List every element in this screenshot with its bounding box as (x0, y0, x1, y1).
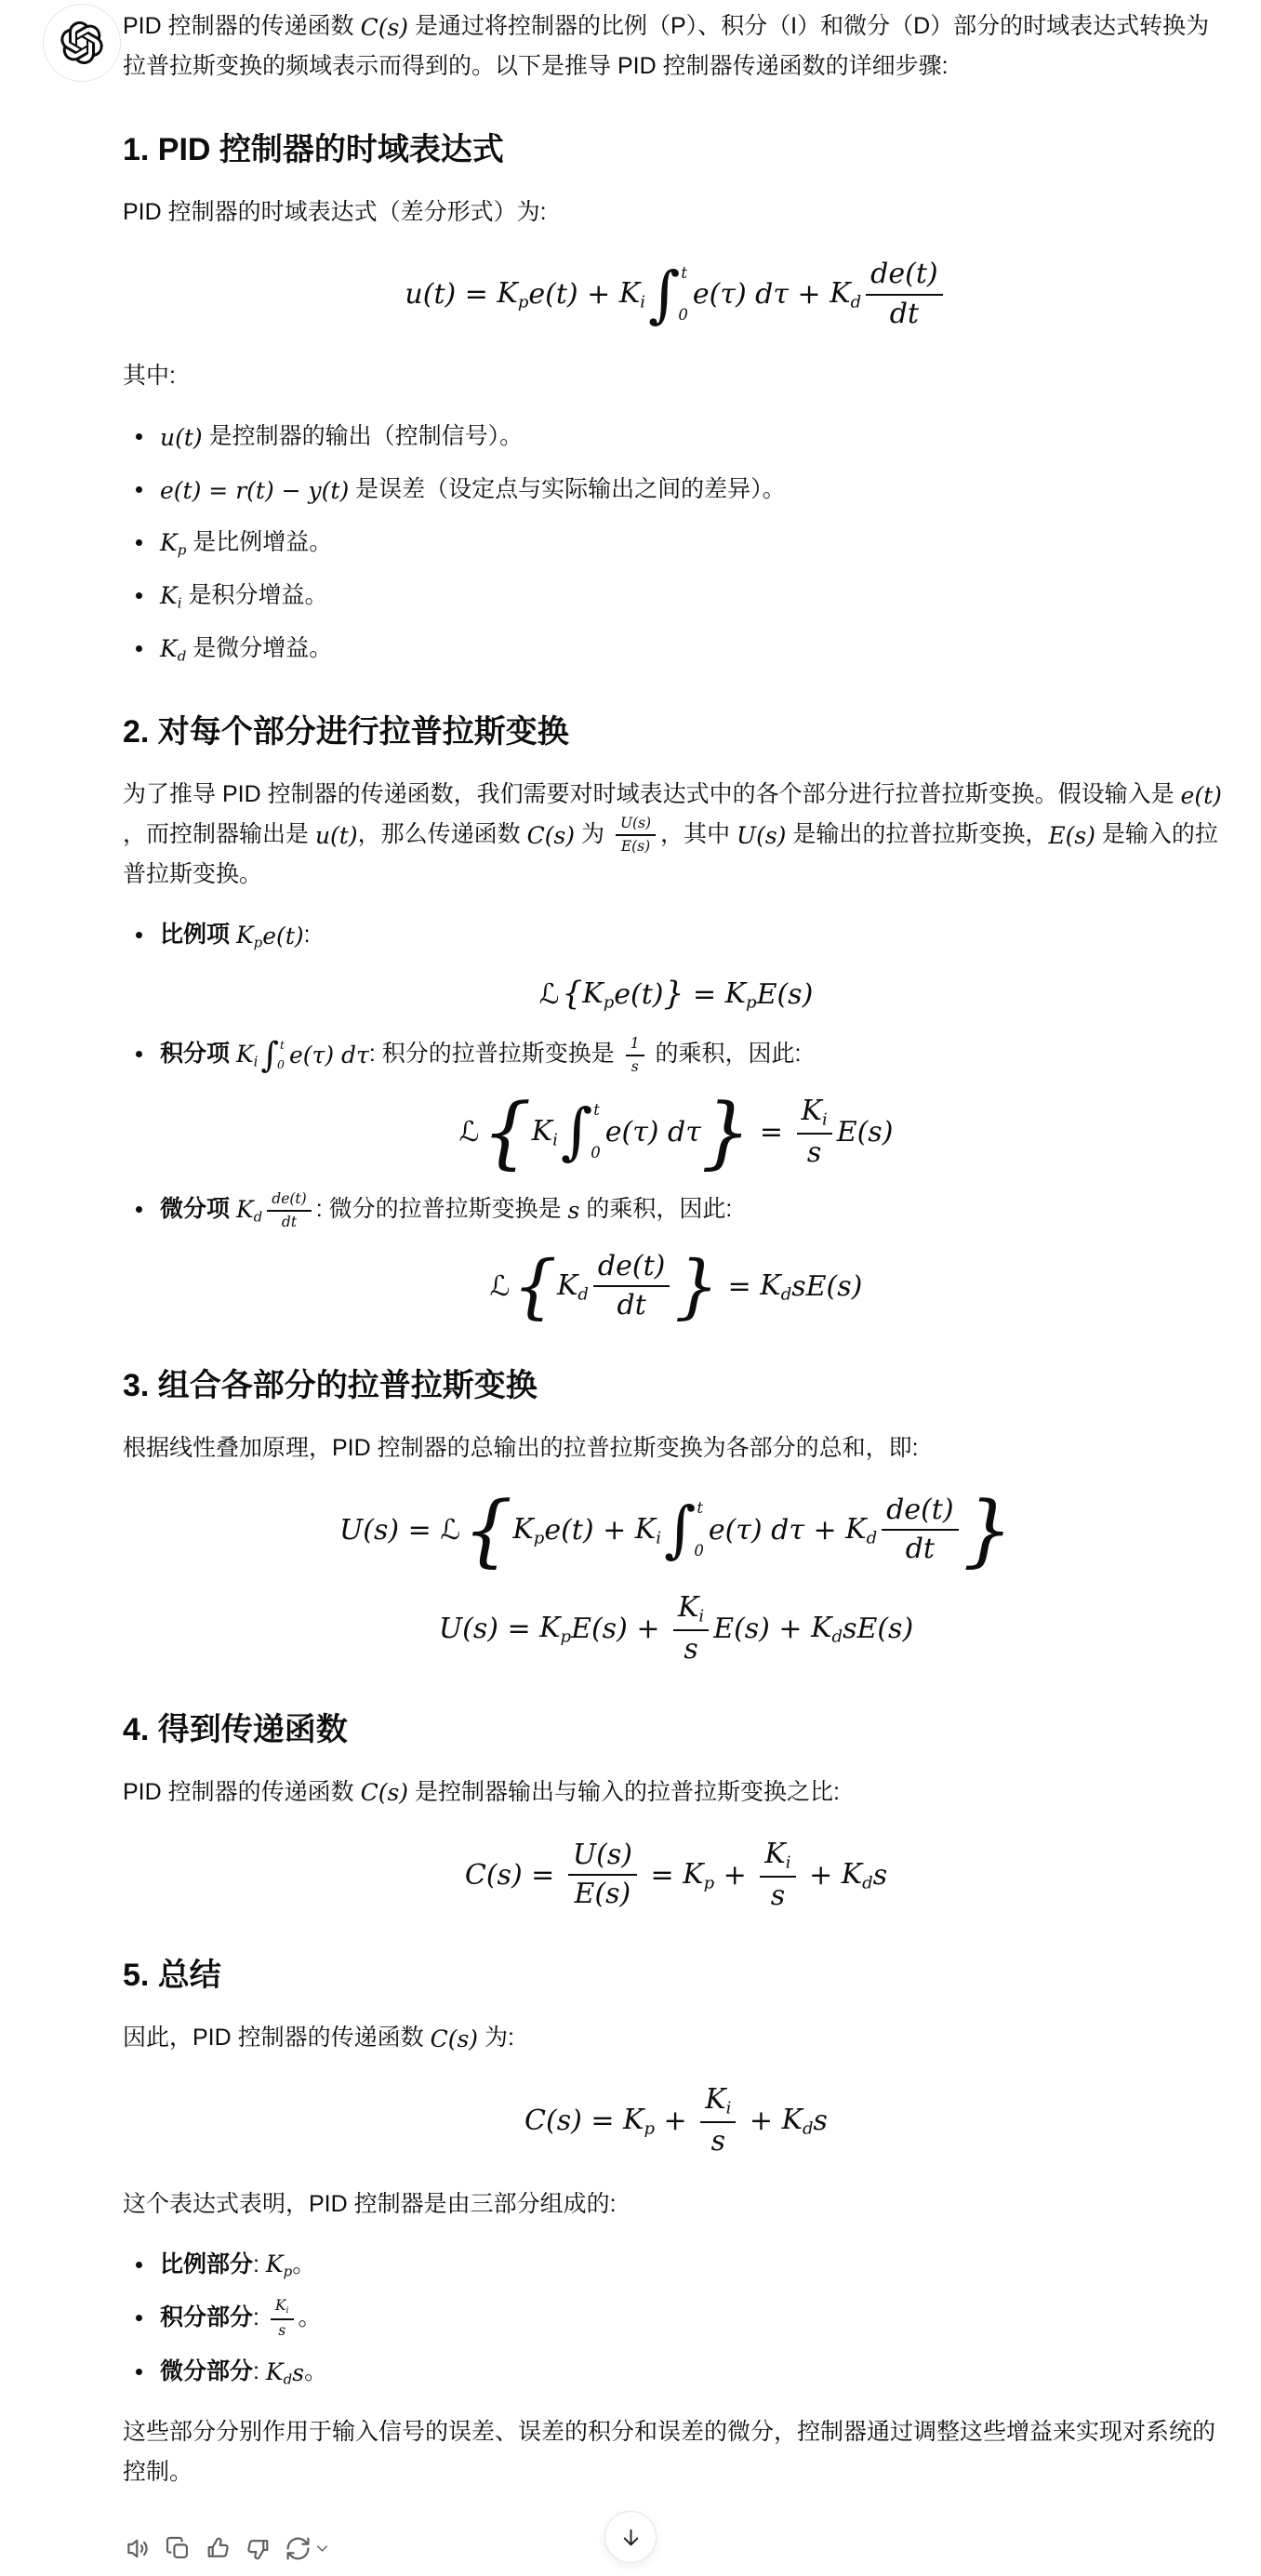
math-text: e(τ) dτ + (693, 276, 830, 312)
math-text: e(t) (614, 976, 663, 1013)
section-heading: 1. PID 控制器的时域表达式 (123, 129, 1229, 170)
formula: C(s) = Kp + Kis + Kds (123, 2084, 1229, 2158)
integral: ∫t0 (260, 1038, 286, 1073)
text: : (253, 2251, 266, 2277)
fraction-denominator: E(s) (575, 1876, 631, 1911)
math-subscripted: Kp (582, 976, 614, 1014)
bold-text: 比例部分 (160, 2251, 253, 2277)
inline-math: U(s) (737, 821, 786, 850)
fraction-denominator: s (631, 1056, 639, 1075)
math-subscripted: Ki (802, 1095, 828, 1130)
math-fraction: Kis (700, 2084, 736, 2158)
inline-math: C(s) (431, 2025, 478, 2053)
fraction-denominator: E(s) (621, 836, 650, 855)
math-text: s (873, 1857, 887, 1893)
paragraph: 这些部分分别作用于输入信号的误差、误差的积分和误差的微分，控制器通过调整这些增益… (123, 2412, 1229, 2492)
text: PID 控制器的传递函数 (123, 1779, 361, 1805)
text: 。 (292, 2251, 315, 2277)
copy-button[interactable] (163, 2533, 192, 2563)
math-subscripted: Ki (764, 1839, 790, 1873)
math-fraction: de(t)dt (882, 1494, 958, 1566)
math-text: s (292, 2358, 304, 2387)
assistant-message: PID 控制器的传递函数 C(s) 是通过将控制器的比例（P）、积分（I）和微分… (0, 0, 1261, 2563)
text: 是控制器的输出（控制信号）。 (203, 423, 523, 449)
math-subscripted: Ki (619, 275, 645, 313)
section-heading: 2. 对每个部分进行拉普拉斯变换 (123, 711, 1229, 752)
bullet-list: u(t) 是控制器的输出（控制信号）。e(t) = r(t) − y(t) 是误… (123, 417, 1229, 669)
text: 根据线性叠加原理，PID 控制器的总输出的拉普拉斯变换为各部分的总和，即: (123, 1435, 919, 1461)
math-text: E(s) (621, 839, 650, 855)
fraction-numerator: de(t) (267, 1191, 311, 1212)
math-fraction: de(t)dt (866, 259, 942, 330)
math-text: de(t) (598, 1251, 665, 1283)
math-text: s (631, 1059, 639, 1075)
math-text: = (750, 1114, 791, 1150)
bold-text: 微分部分 (160, 2358, 253, 2384)
integral-glyph: ∫ (664, 1499, 696, 1560)
openai-logo-icon (60, 21, 103, 64)
math-subscripted: Kp (725, 976, 757, 1014)
thumbs-up-button[interactable] (203, 2533, 232, 2563)
integral: ∫t0 (648, 264, 690, 325)
math-text: dt (617, 1290, 646, 1322)
paragraph: 因此，PID 控制器的传递函数 C(s) 为: (123, 2018, 1229, 2058)
math-text: s (278, 2323, 285, 2339)
text: 为了推导 PID 控制器的传递函数，我们需要对时域表达式中的各个部分进行拉普拉斯… (123, 781, 1181, 807)
read-aloud-button[interactable] (123, 2533, 153, 2563)
inline-math: Ki∫t0e(τ) dτ (236, 1038, 369, 1073)
inline-math: C(s) (361, 1778, 408, 1807)
text: ，那么传递函数 (358, 821, 527, 847)
thumbs-down-icon (245, 2535, 272, 2562)
math-text: sE(s) (843, 1611, 913, 1647)
text: 为: (478, 2025, 514, 2051)
text: 为 (575, 821, 611, 847)
list-item: 积分项 Ki∫t0e(τ) dτ: 积分的拉普拉斯变换是 1s 的乘积，因此:ℒ… (160, 1034, 1229, 1169)
math-text: C(s) (527, 821, 575, 850)
math-brace: { (512, 1255, 557, 1319)
math-text: e(t) (262, 922, 303, 950)
paragraph: 根据线性叠加原理，PID 控制器的总输出的拉普拉斯变换为各部分的总和，即: (123, 1428, 1229, 1468)
math-subscripted: Ki (705, 2084, 731, 2118)
math-text: s (771, 1880, 785, 1913)
laplace-operator: ℒ (440, 1512, 460, 1548)
paragraph: 其中: (123, 356, 1229, 396)
text: ，而控制器输出是 (123, 821, 315, 847)
text: : 微分的拉普拉斯变换是 (316, 1196, 568, 1222)
math-subscripted: Kd (236, 1195, 262, 1226)
math-text: = (642, 1857, 683, 1893)
inline-math: 1s (621, 1036, 649, 1075)
math-text: de(t) (870, 259, 937, 291)
math-fraction: Kis (673, 1592, 709, 1666)
math-text: C(s) (361, 1778, 408, 1807)
fraction-numerator: de(t) (882, 1494, 958, 1532)
math-fraction: de(t)dt (593, 1251, 670, 1322)
paragraph: 为了推导 PID 控制器的传递函数，我们需要对时域表达式中的各个部分进行拉普拉斯… (123, 775, 1229, 895)
inline-math: Kd (160, 634, 186, 665)
math-fraction: U(s)E(s) (568, 1839, 637, 1911)
math-text: = (684, 976, 724, 1013)
text: 。 (304, 2358, 327, 2384)
integral-upper-bound: t (681, 266, 691, 282)
list-item: e(t) = r(t) − y(t) 是误差（设定点与实际输出之间的差异）。 (160, 470, 1229, 510)
formula: u(t) = Kpe(t) + Ki∫t0e(τ) dτ + Kdde(t)dt (123, 259, 1229, 330)
math-text: e(τ) dτ (289, 1041, 369, 1069)
math-text: C(s) (361, 13, 408, 42)
math-text: dt (890, 299, 919, 331)
math-subscripted: Kd (845, 1511, 877, 1549)
fraction-numerator: Ki (673, 1592, 709, 1631)
math-text: E(s) (575, 1879, 631, 1911)
integral-lower-bound: 0 (591, 1146, 601, 1162)
section-heading: 5. 总结 (123, 1955, 1229, 1996)
fraction-denominator: dt (906, 1531, 935, 1566)
laplace-operator: ℒ (539, 976, 560, 1013)
math-text: dt (282, 1215, 297, 1230)
math-text: u(t) (315, 821, 358, 850)
fraction-numerator: 1 (626, 1036, 644, 1056)
math-subscripted: Kp (512, 1511, 544, 1549)
text: 是控制器输出与输入的拉普拉斯变换之比: (408, 1779, 840, 1805)
math-text: de(t) (886, 1494, 953, 1527)
math-fraction: Kis (271, 2298, 294, 2339)
inline-math: C(s) (527, 821, 575, 850)
math-brace: { (463, 1494, 512, 1566)
math-text: s (711, 2126, 725, 2158)
math-subscripted: Kd (160, 634, 186, 665)
math-brace: } (963, 1494, 1013, 1566)
math-text: U(s) (620, 816, 651, 831)
inline-math: e(t) = r(t) − y(t) (160, 476, 349, 505)
fraction-numerator: Ki (271, 2298, 294, 2320)
math-text: + (655, 2103, 696, 2139)
math-brace: } (674, 1255, 719, 1319)
fraction-numerator: Ki (797, 1095, 832, 1135)
list-item: 比例项 Kpe(t):ℒ{Kpe(t)} = KpE(s) (160, 915, 1229, 1014)
arrow-down-icon (619, 2526, 643, 2549)
integral-lower-bound: 0 (694, 1544, 704, 1560)
regenerate-button[interactable] (283, 2533, 312, 2563)
inline-math: E(s) (1048, 821, 1095, 850)
math-text: C(s) = (524, 2103, 623, 2139)
inline-math: u(t) (315, 821, 358, 850)
fraction-numerator: U(s) (616, 816, 656, 836)
math-text: E(s) + (571, 1611, 669, 1647)
paragraph: 这个表达式表明，PID 控制器是由三部分组成的: (123, 2184, 1229, 2224)
text (230, 922, 236, 948)
math-subscripted: Kd (266, 2357, 292, 2388)
text: 是比例增益。 (186, 529, 332, 555)
bold-text: 比例项 (160, 922, 230, 948)
section-heading: 3. 组合各部分的拉普拉斯变换 (123, 1365, 1229, 1406)
integral-upper-bound: t (697, 1501, 707, 1517)
section-heading: 4. 得到传递函数 (123, 1709, 1229, 1750)
list-item: 比例部分: Kp。 (160, 2245, 1229, 2285)
inline-math: U(s)E(s) (611, 816, 660, 855)
math-fraction: 1s (626, 1036, 644, 1075)
math-text: u(t) (160, 423, 203, 452)
text (230, 1041, 236, 1067)
math-text: e(t) (1181, 781, 1222, 810)
message-action-bar (123, 2533, 1229, 2563)
math-subscripted: Ki (678, 1592, 704, 1627)
math-subscripted: Ki (635, 1511, 661, 1549)
text: 是输出的拉普拉斯变换， (786, 821, 1048, 847)
math-text: s (814, 2103, 828, 2139)
math-text: + (740, 2103, 781, 2139)
inline-math: Kp (266, 2250, 292, 2280)
math-text: U(s) = (439, 1611, 539, 1647)
assistant-avatar (43, 4, 121, 82)
fraction-numerator: Ki (700, 2084, 736, 2123)
regenerate-group (283, 2533, 332, 2563)
copy-icon (165, 2535, 192, 2562)
bullet-list: 比例部分: Kp。积分部分: Kis。微分部分: Kds。 (123, 2245, 1229, 2392)
math-brace: } (701, 1096, 750, 1168)
thumbs-down-button[interactable] (243, 2533, 272, 2563)
scroll-to-bottom-button[interactable] (604, 2511, 657, 2563)
inline-math: Kpe(t) (236, 921, 304, 951)
inline-math: e(t) (1181, 781, 1222, 810)
bold-text: 积分项 (160, 1041, 230, 1067)
math-subscripted: Ki (236, 1040, 259, 1070)
integral-upper-bound: t (280, 1040, 287, 1052)
math-fraction: Kis (760, 1839, 795, 1913)
math-subscripted: Kp (266, 2250, 292, 2280)
text: 是微分增益。 (186, 635, 332, 661)
integral: ∫t0 (664, 1499, 706, 1560)
math-text: s (684, 1634, 697, 1666)
math-text: + (714, 1857, 755, 1893)
math-subscripted: Kd (842, 1856, 873, 1894)
paragraph: PID 控制器的传递函数 C(s) 是通过将控制器的比例（P）、积分（I）和微分… (123, 7, 1229, 86)
formula: ℒ{Kpe(t)} = KpE(s) (123, 976, 1229, 1014)
math-brace: } (663, 980, 684, 1010)
math-text: e(t) + (528, 276, 618, 312)
inline-math: Kis (266, 2298, 299, 2339)
fraction-numerator: U(s) (568, 1839, 637, 1877)
fraction-numerator: de(t) (866, 259, 942, 296)
fraction-numerator: Ki (760, 1839, 795, 1878)
fraction-denominator: s (684, 1631, 697, 1666)
math-text: C(s) (431, 2025, 478, 2053)
math-subscripted: Kp (497, 275, 528, 313)
fraction-denominator: s (711, 2123, 725, 2158)
math-brace: { (482, 1096, 531, 1168)
fraction-denominator: dt (282, 1212, 297, 1230)
text: 因此，PID 控制器的传递函数 (123, 2025, 431, 2051)
text: PID 控制器的时域表达式（差分形式）为: (123, 199, 547, 225)
text (230, 1196, 236, 1222)
math-text: E(s) (837, 1114, 894, 1150)
paragraph: PID 控制器的时域表达式（差分形式）为: (123, 193, 1229, 232)
math-text: u(t) = (405, 276, 497, 312)
message-content: PID 控制器的传递函数 C(s) 是通过将控制器的比例（P）、积分（I）和微分… (123, 4, 1229, 2563)
formula: U(s) = KpE(s) + KisE(s) + KdsE(s) (123, 1592, 1229, 1666)
integral-glyph: ∫ (561, 1101, 592, 1162)
text: : (304, 922, 311, 948)
inline-math: Kp (160, 528, 186, 559)
math-text: C(s) = (465, 1857, 564, 1893)
math-subscripted: Kd (811, 1610, 843, 1648)
math-text: E(s) (1048, 821, 1095, 850)
paragraph: PID 控制器的传递函数 C(s) 是控制器输出与输入的拉普拉斯变换之比: (123, 1773, 1229, 1812)
math-subscripted: Kd (782, 2102, 814, 2140)
inline-math: Kds (266, 2357, 304, 2388)
formula: ℒ{Ki∫t0e(τ) dτ} = KisE(s) (123, 1095, 1229, 1170)
thumbs-up-icon (205, 2535, 232, 2562)
list-item: 积分部分: Kis。 (160, 2298, 1229, 2339)
text: 。 (299, 2304, 322, 2330)
integral-lower-bound: 0 (277, 1059, 285, 1071)
math-text: e(t) = r(t) − y(t) (160, 476, 349, 505)
text: 的乘积，因此: (649, 1041, 802, 1067)
laplace-operator: ℒ (490, 1268, 511, 1305)
text: 其中: (123, 363, 176, 389)
bold-text: 微分项 (160, 1196, 230, 1222)
inline-math: s (568, 1196, 580, 1225)
fraction-numerator: de(t) (593, 1251, 670, 1288)
text: 是积分增益。 (182, 582, 328, 608)
formula: ℒ{Kdde(t)dt} = KdsE(s) (123, 1251, 1229, 1322)
integral: ∫t0 (561, 1101, 603, 1162)
math-subscripted: Kp (539, 1610, 571, 1648)
list-item: Kp 是比例增益。 (160, 523, 1229, 563)
bold-text: 积分部分 (160, 2304, 253, 2330)
math-text: s (568, 1196, 580, 1225)
fraction-denominator: dt (890, 296, 919, 331)
text: : (253, 2304, 266, 2330)
math-text: e(τ) dτ + (709, 1512, 845, 1548)
math-text: U(s) = (339, 1512, 440, 1548)
math-text: de(t) (272, 1191, 306, 1207)
list-item: Ki 是积分增益。 (160, 576, 1229, 616)
math-subscripted: Ki (160, 581, 182, 612)
math-text: dt (906, 1534, 935, 1566)
math-fraction: Kis (797, 1095, 832, 1170)
text: 是误差（设定点与实际输出之间的差异）。 (349, 476, 785, 502)
integral-upper-bound: t (593, 1103, 604, 1119)
math-subscripted: Kd (830, 275, 861, 313)
fraction-denominator: s (807, 1135, 821, 1170)
text: 这个表达式表明，PID 控制器是由三部分组成的: (123, 2191, 617, 2217)
text: : 积分的拉普拉斯变换是 (369, 1041, 621, 1067)
math-subscripted: Ki (275, 2298, 289, 2316)
formula: U(s) = ℒ{Kpe(t) + Ki∫t0e(τ) dτ + Kdde(t)… (123, 1494, 1229, 1566)
regenerate-icon (285, 2535, 312, 2562)
math-text: = (719, 1268, 760, 1305)
inline-math: Ki (160, 581, 182, 612)
math-fraction: de(t)dt (267, 1191, 311, 1230)
math-text: + (801, 1857, 842, 1893)
math-subscripted: Kp (683, 1856, 714, 1894)
math-text: U(s) (737, 821, 786, 850)
math-text: s (807, 1137, 821, 1170)
text: ，其中 (660, 821, 737, 847)
bullet-list: 比例项 Kpe(t):ℒ{Kpe(t)} = KpE(s)积分项 Ki∫t0e(… (123, 915, 1229, 1321)
list-item: 微分项 Kdde(t)dt: 微分的拉普拉斯变换是 s 的乘积，因此:ℒ{Kdd… (160, 1189, 1229, 1321)
list-item: Kd 是微分增益。 (160, 629, 1229, 669)
math-text: 1 (630, 1036, 640, 1052)
message-blocks: PID 控制器的传递函数 C(s) 是通过将控制器的比例（P）、积分（I）和微分… (123, 7, 1229, 2492)
list-item: u(t) 是控制器的输出（控制信号）。 (160, 417, 1229, 457)
math-subscripted: Ki (532, 1113, 558, 1151)
read-aloud-icon (125, 2535, 152, 2562)
fraction-denominator: s (771, 1878, 785, 1913)
text: PID 控制器的传递函数 (123, 13, 361, 39)
fraction-denominator: dt (617, 1287, 646, 1322)
math-fraction: U(s)E(s) (616, 816, 656, 855)
math-text: E(s) + (713, 1611, 811, 1647)
integral-lower-bound: 0 (678, 308, 688, 324)
fraction-denominator: s (278, 2320, 285, 2339)
integral-glyph: ∫ (648, 264, 680, 325)
math-text: e(t) + (544, 1512, 634, 1548)
math-subscripted: Kd (760, 1268, 791, 1306)
inline-math: u(t) (160, 423, 203, 452)
text: : (253, 2358, 266, 2384)
math-subscripted: Kp (160, 528, 186, 559)
math-subscripted: Kp (236, 921, 262, 951)
text: 的乘积，因此: (579, 1196, 732, 1222)
math-text: U(s) (573, 1839, 632, 1872)
regenerate-menu-toggle[interactable] (313, 2539, 332, 2557)
math-text: sE(s) (791, 1268, 862, 1305)
math-text: E(s) (757, 976, 814, 1013)
math-subscripted: Kd (557, 1268, 589, 1306)
chevron-down-icon (313, 2540, 331, 2557)
math-text: e(τ) dτ (605, 1114, 701, 1150)
math-brace: { (562, 980, 582, 1010)
text: 这些部分分别作用于输入信号的误差、误差的积分和误差的微分，控制器通过调整这些增益… (123, 2419, 1215, 2485)
inline-math: Kdde(t)dt (236, 1191, 316, 1230)
list-item: 微分部分: Kds。 (160, 2352, 1229, 2392)
math-subscripted: Kp (623, 2102, 655, 2140)
inline-math: C(s) (361, 13, 408, 42)
formula: C(s) = U(s)E(s) = Kp + Kis + Kds (123, 1839, 1229, 1913)
laplace-operator: ℒ (459, 1114, 480, 1150)
